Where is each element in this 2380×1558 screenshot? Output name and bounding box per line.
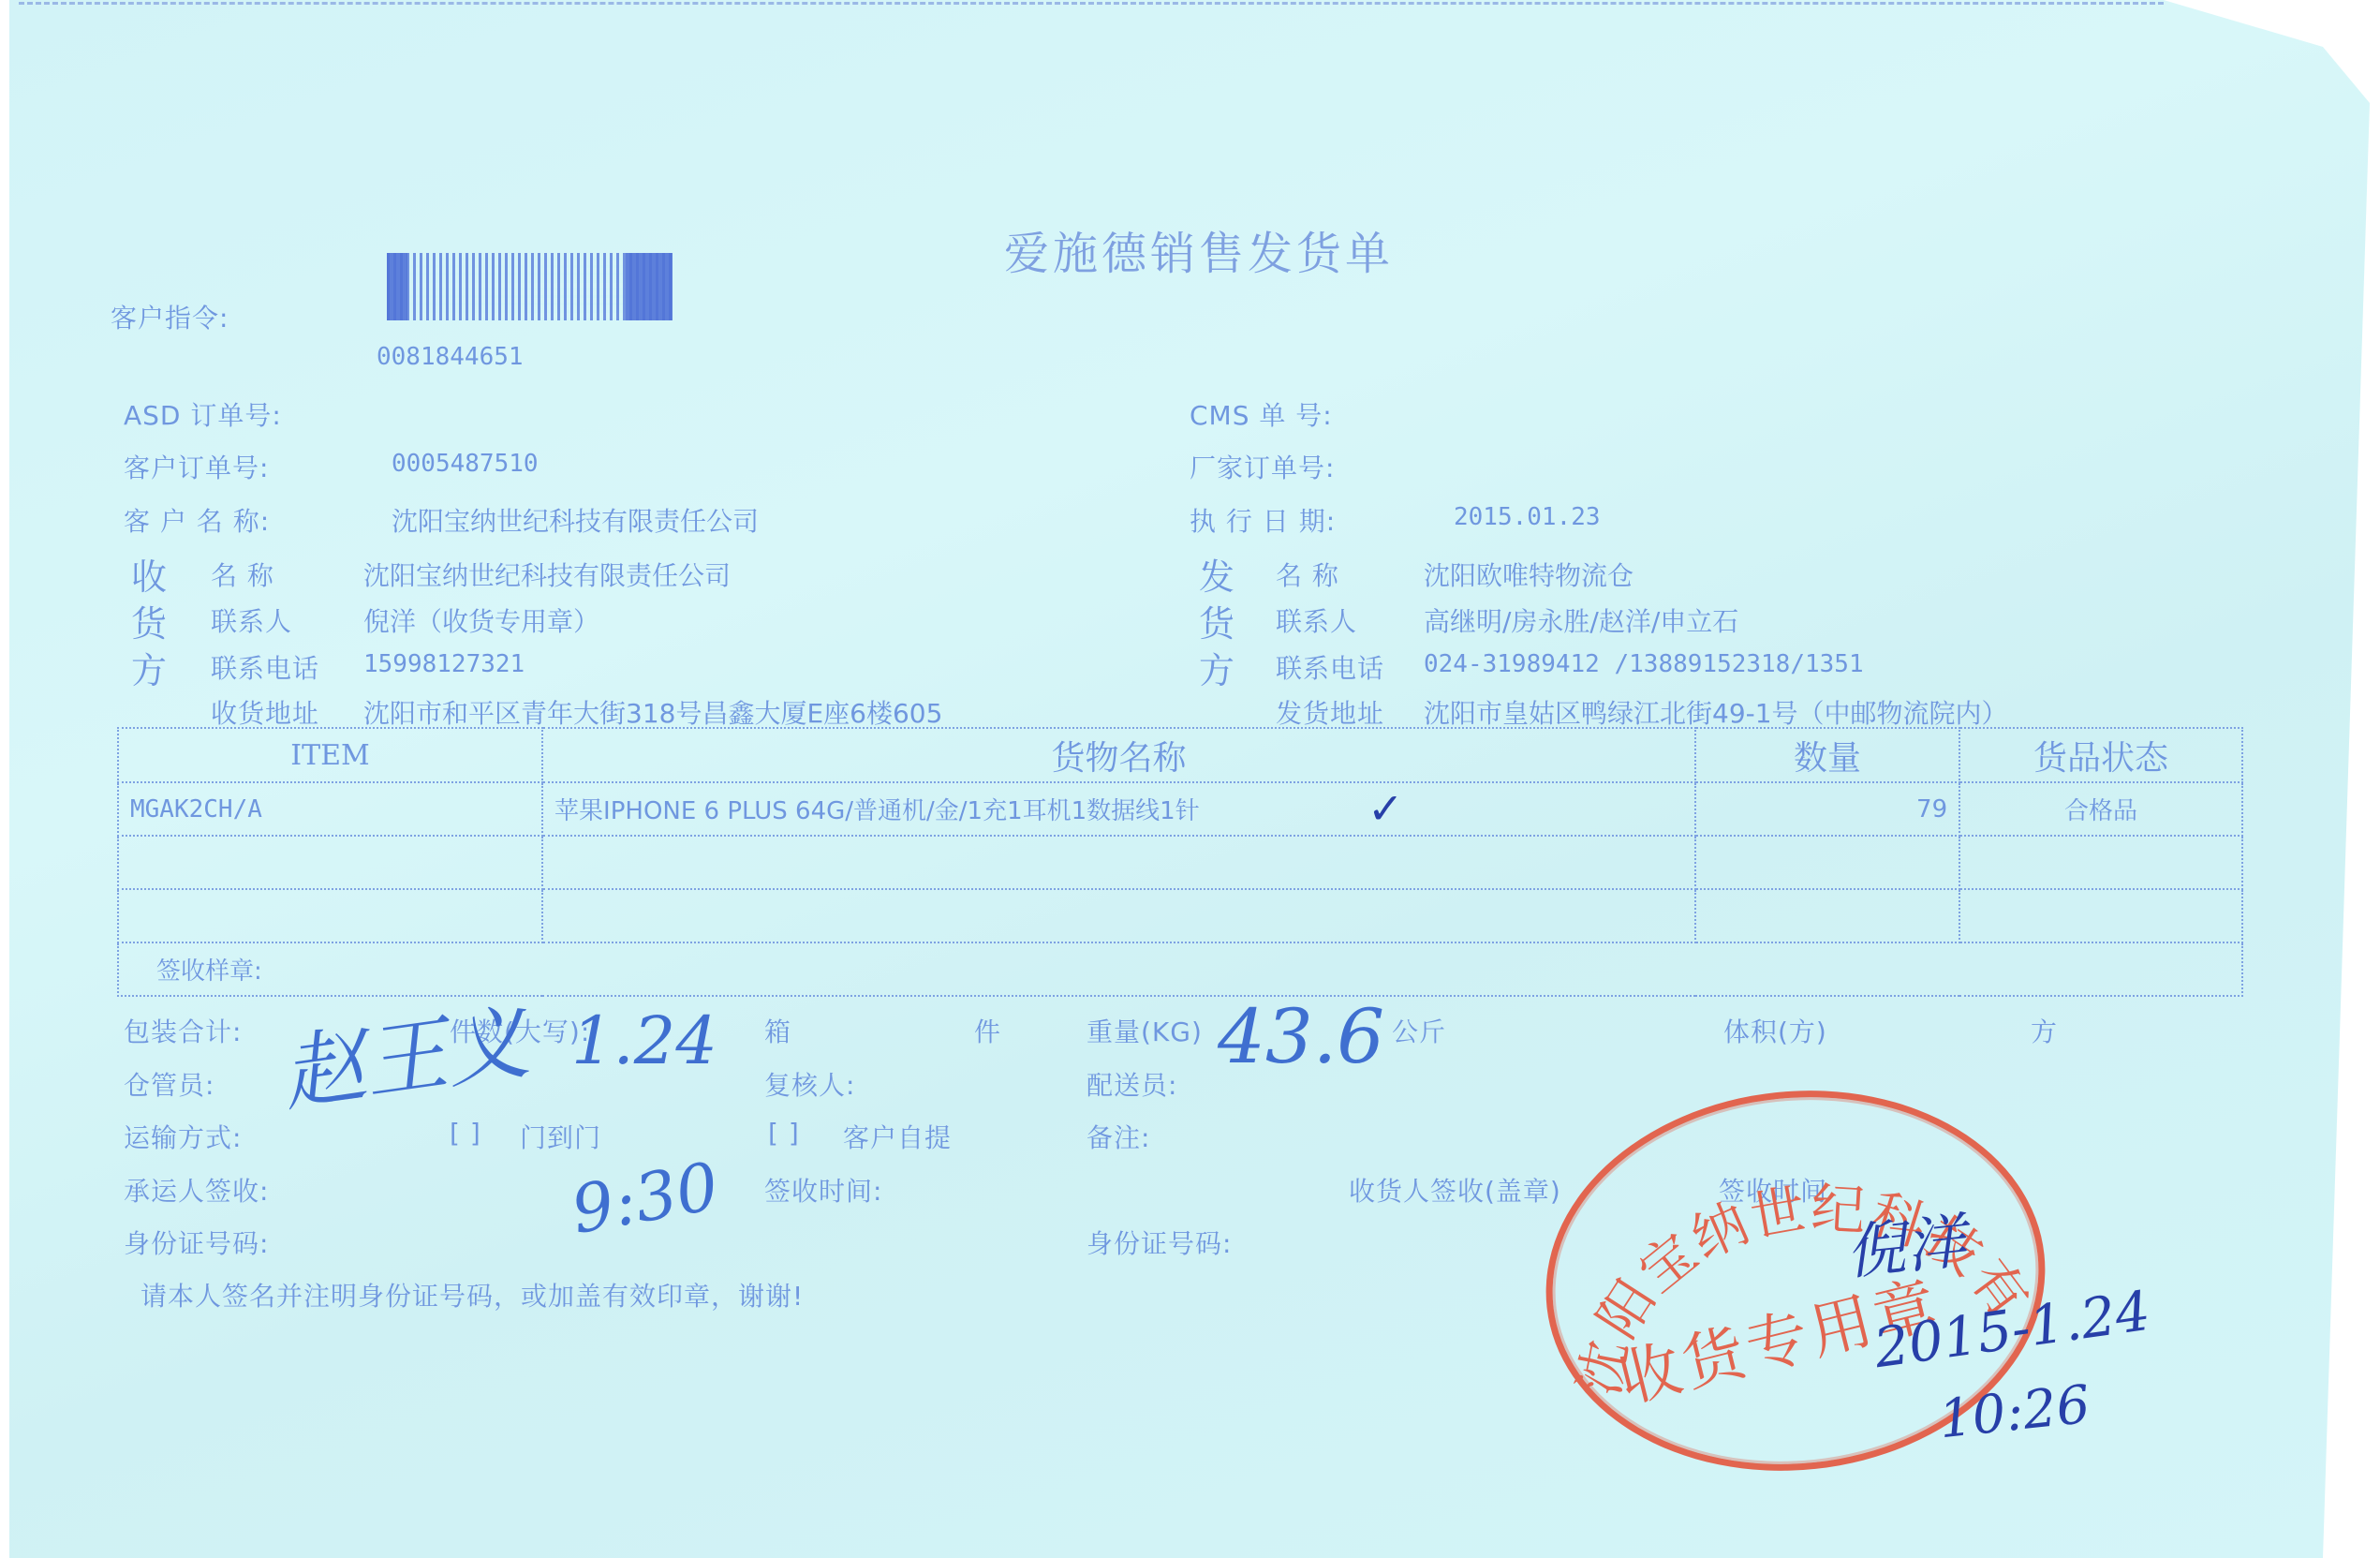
handwritten-warehouse-signature: 赵王义	[274, 976, 536, 1128]
exec-date-value: 2015.01.23	[1454, 503, 1601, 531]
cell-status	[1959, 836, 2242, 889]
customer-order-value: 0005487510	[392, 450, 539, 478]
customer-instruction-label: 客户指令:	[111, 298, 229, 335]
shipper-address-value: 沈阳市皇姑区鸭绿江北街49-1号（中邮物流院内）	[1424, 693, 2008, 731]
transport-self-pickup-label: 客户自提	[843, 1118, 952, 1155]
cell-item	[118, 836, 542, 889]
pdf417-barcode	[387, 253, 673, 320]
col-header-goods-name: 货物名称	[542, 728, 1695, 782]
volume-unit: 方	[2031, 1012, 2058, 1049]
cms-label: CMS 单 号:	[1190, 395, 1333, 433]
weight-unit: 公斤	[1392, 1012, 1446, 1049]
receiver-contact-label: 联系人	[211, 601, 292, 639]
receiver-side-char-3: 方	[131, 642, 167, 693]
customer-name-value: 沈阳宝纳世纪科技有限责任公司	[392, 501, 759, 539]
receiver-name-label: 名 称	[211, 556, 274, 593]
transport-self-pickup-checkbox[interactable]: [ ]	[768, 1118, 800, 1149]
receiver-sign-label: 收货人签收(盖章)	[1349, 1171, 1561, 1209]
handwritten-warehouse-date: 1.24	[571, 1002, 717, 1079]
transport-door-to-door-label: 门到门	[520, 1118, 601, 1155]
asd-order-label: ASD 订单号:	[124, 395, 282, 433]
table-row	[118, 889, 2242, 942]
exec-date-label: 执 行 日 期:	[1190, 501, 1336, 539]
delivery-person-label: 配送员:	[1087, 1065, 1177, 1103]
remarks-label: 备注:	[1087, 1118, 1150, 1155]
receiver-side-char-1: 收	[131, 548, 167, 600]
id-number-label-left: 身份证号码:	[124, 1224, 269, 1261]
box-label: 箱	[764, 1012, 791, 1049]
transport-label: 运输方式:	[124, 1118, 242, 1155]
delivery-note-paper: 爱施德销售发货单 客户指令: 0081844651 ASD 订单号: 客户订单号…	[9, 0, 2370, 1558]
table-row: MGAK2CH/A 苹果IPHONE 6 PLUS 64G/普通机/金/1充1耳…	[118, 782, 2242, 836]
customer-instruction-value: 0081844651	[377, 343, 524, 371]
shipper-name-value: 沈阳欧唯特物流仓	[1424, 556, 1633, 593]
customer-order-label: 客户订单号:	[124, 448, 269, 485]
cell-item	[118, 889, 542, 942]
shipper-contact-value: 高继明/房永胜/赵洋/申立石	[1424, 601, 1738, 639]
volume-label: 体积(方)	[1723, 1012, 1827, 1049]
id-number-label-right: 身份证号码:	[1087, 1224, 1232, 1261]
shipper-name-label: 名 称	[1276, 556, 1339, 593]
piece-label: 件	[974, 1012, 1001, 1049]
shipper-contact-label: 联系人	[1276, 601, 1357, 639]
receiver-address-value: 沈阳市和平区青年大街318号昌鑫大厦E座6楼605	[363, 693, 942, 731]
document-title: 爱施德销售发货单	[1004, 217, 1394, 282]
cell-quantity: 79	[1695, 782, 1959, 836]
receiver-side-char-2: 货	[131, 595, 167, 646]
shipper-side-char-2: 货	[1199, 595, 1234, 646]
reviewer-label: 复核人:	[764, 1065, 855, 1103]
cell-quantity	[1695, 889, 1959, 942]
goods-table-header: ITEM 货物名称 数量 货品状态	[118, 728, 2242, 782]
cell-quantity	[1695, 836, 1959, 889]
transport-door-to-door-checkbox[interactable]: [ ]	[450, 1118, 481, 1149]
shipper-address-label: 发货地址	[1276, 693, 1384, 731]
warehouse-clerk-label: 仓管员:	[124, 1065, 214, 1103]
shipper-phone-value: 024-31989412 /13889152318/1351	[1424, 650, 1864, 678]
cell-goods-name: 苹果IPHONE 6 PLUS 64G/普通机/金/1充1耳机1数据线1针 ✓	[542, 782, 1695, 836]
customer-name-label: 客 户 名 称:	[124, 501, 270, 539]
handwritten-carrier-time: 9:30	[566, 1148, 724, 1249]
weight-label: 重量(KG)	[1087, 1012, 1203, 1049]
shipper-phone-label: 联系电话	[1276, 648, 1384, 686]
shipper-side-char-3: 方	[1199, 642, 1234, 693]
receiver-address-label: 收货地址	[211, 693, 319, 731]
col-header-quantity: 数量	[1695, 728, 1959, 782]
goods-table: ITEM 货物名称 数量 货品状态 MGAK2CH/A 苹果IPHONE 6 P…	[117, 727, 2243, 997]
cell-status: 合格品	[1959, 782, 2242, 836]
col-header-status: 货品状态	[1959, 728, 2242, 782]
col-header-item: ITEM	[118, 728, 542, 782]
cell-goods-name	[542, 836, 1695, 889]
carrier-sign-label: 承运人签收:	[124, 1171, 269, 1209]
handwritten-weight-value: 43.6	[1218, 993, 1384, 1080]
check-mark-icon: ✓	[1367, 783, 1404, 834]
handwritten-receiver-signature: 倪洋	[1841, 1194, 1970, 1292]
shipper-side-char-1: 发	[1199, 548, 1234, 600]
cell-status	[1959, 889, 2242, 942]
cell-goods-name	[542, 889, 1695, 942]
sign-time-label: 签收时间:	[764, 1171, 882, 1209]
package-total-label: 包装合计:	[124, 1012, 242, 1049]
receiver-contact-value: 倪洋（收货专用章）	[363, 601, 599, 639]
table-row	[118, 836, 2242, 889]
receiver-phone-value: 15998127321	[363, 650, 525, 678]
signing-note: 请本人签名并注明身份证号码，或加盖有效印章，谢谢!	[140, 1276, 804, 1313]
receiver-name-value: 沈阳宝纳世纪科技有限责任公司	[363, 556, 731, 593]
receiver-phone-label: 联系电话	[211, 648, 319, 686]
cell-item: MGAK2CH/A	[118, 782, 542, 836]
goods-name-text: 苹果IPHONE 6 PLUS 64G/普通机/金/1充1耳机1数据线1针	[554, 797, 1200, 825]
factory-order-label: 厂家订单号:	[1190, 448, 1335, 485]
perforation-edge	[19, 2, 2164, 5]
